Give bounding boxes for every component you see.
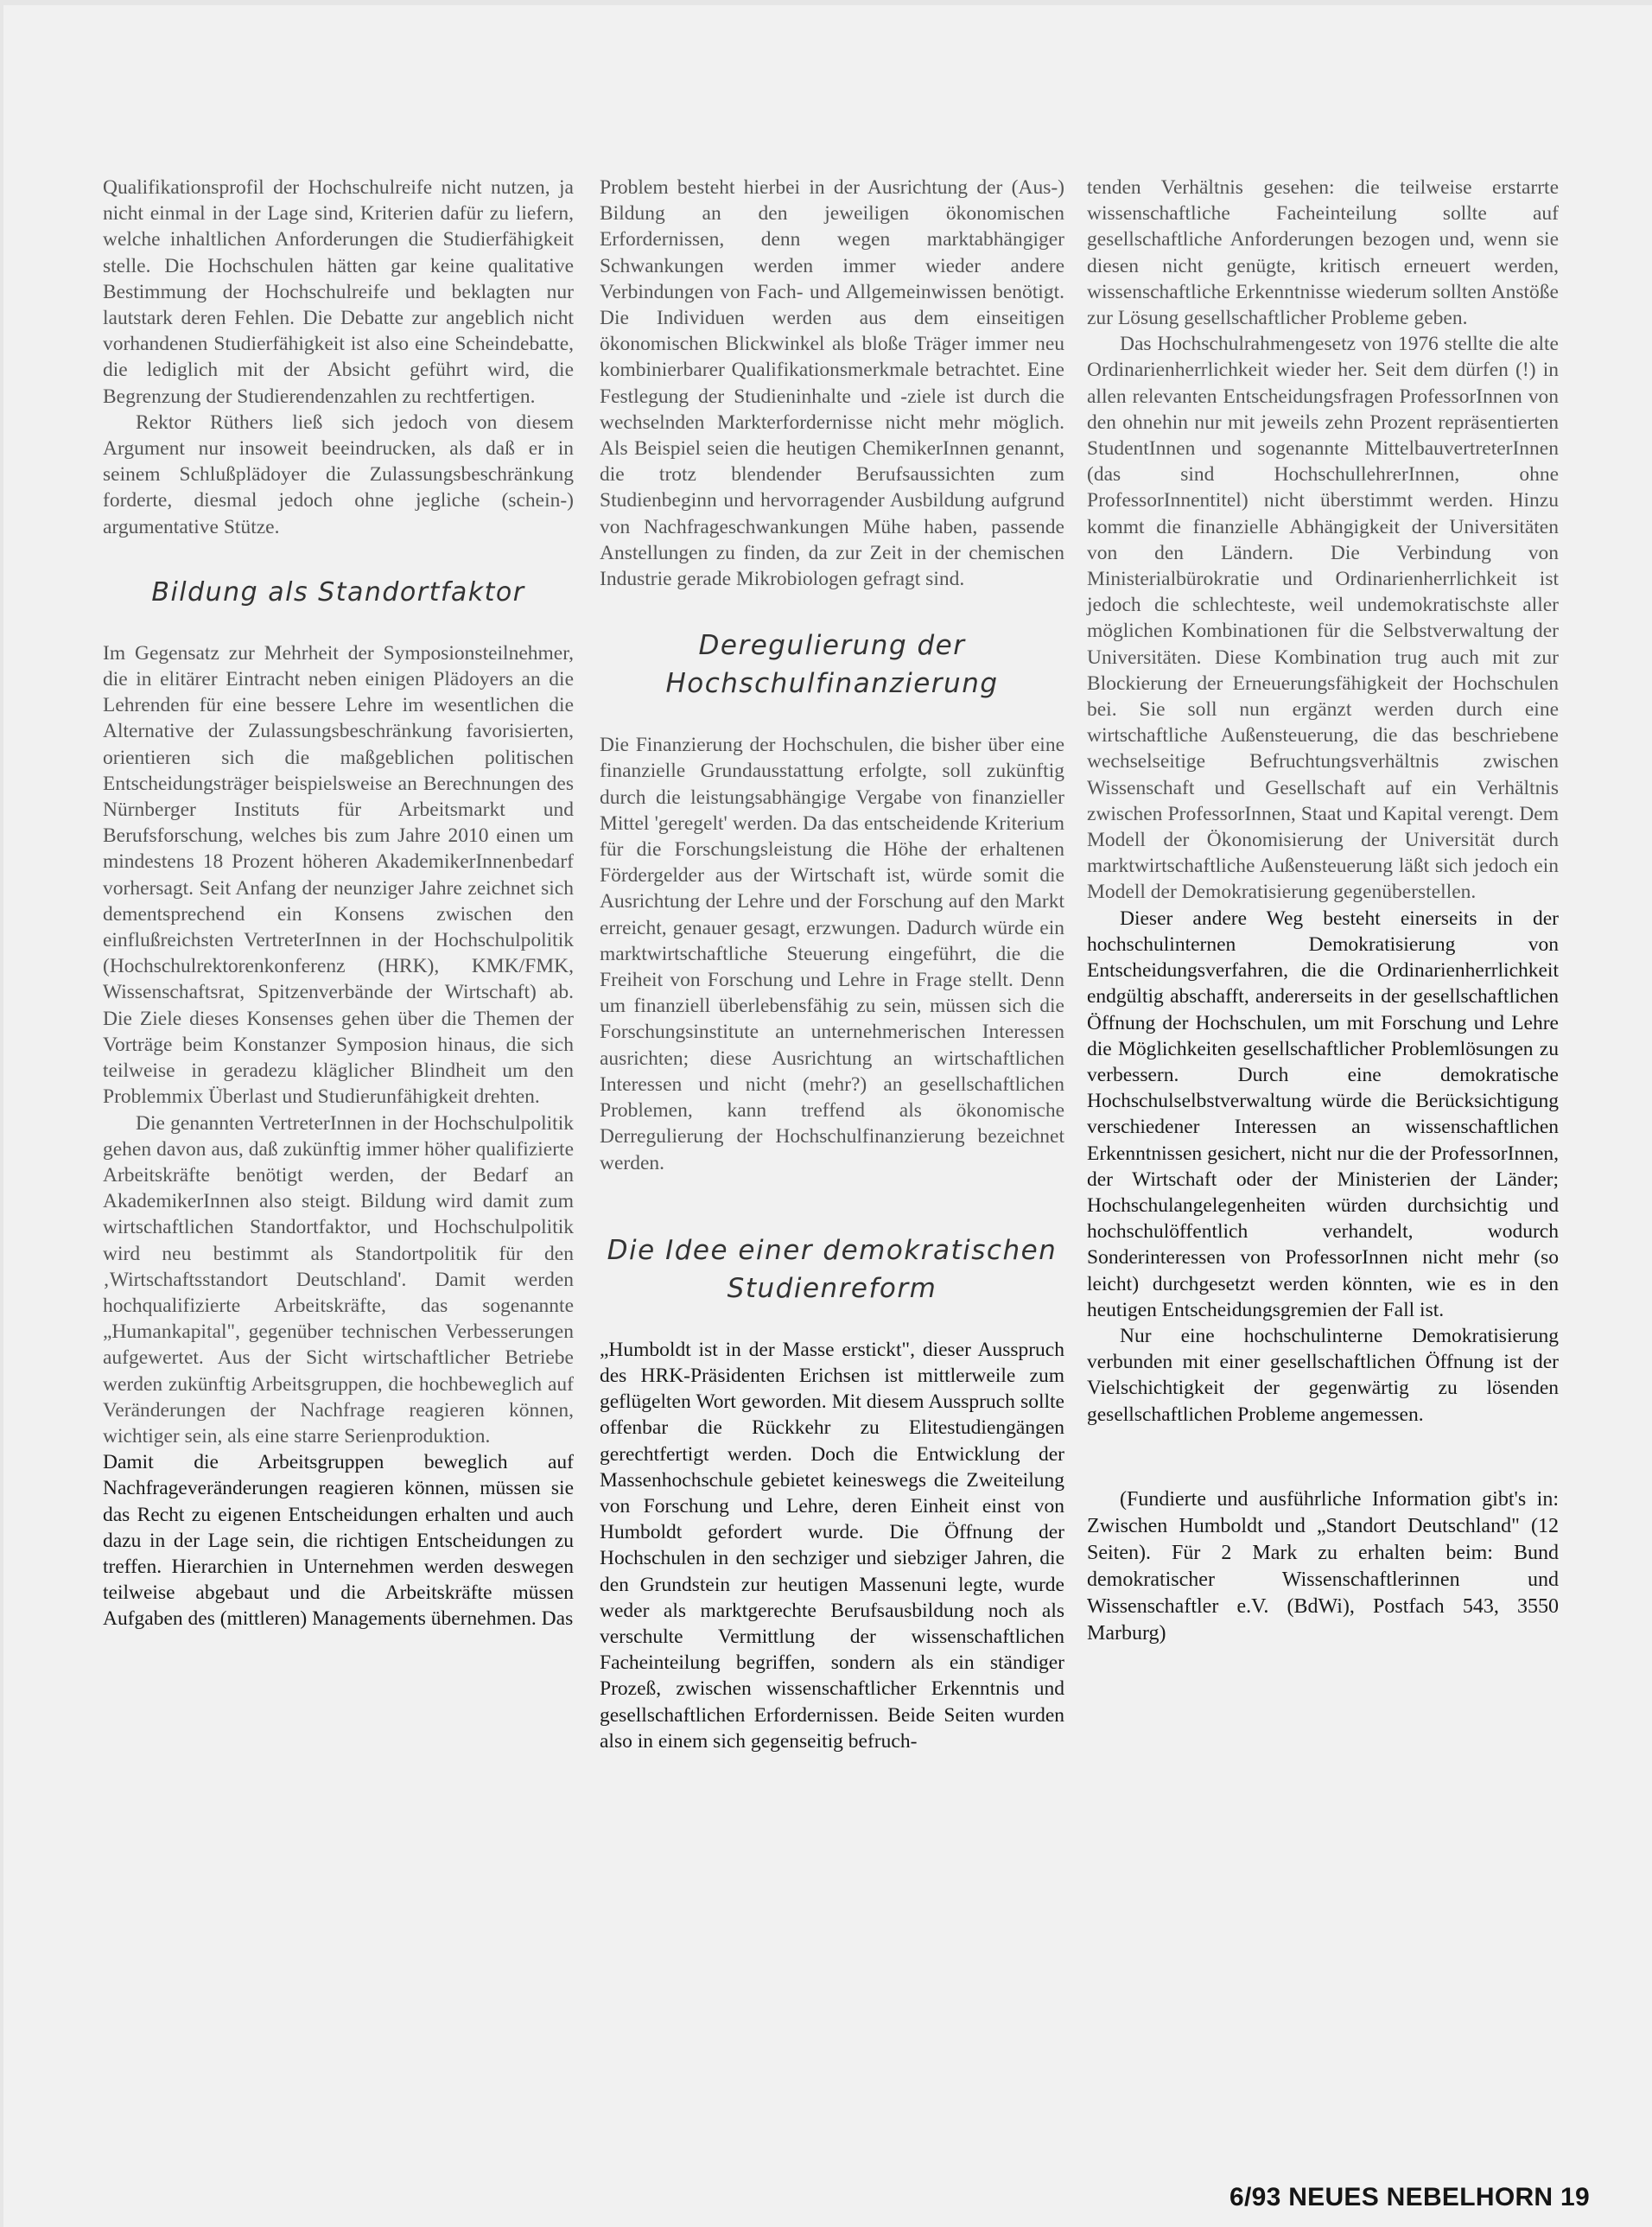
paragraph: Die Finanzierung der Hochschulen, die bi… bbox=[600, 732, 1064, 1175]
paragraph: Rektor Rüthers ließ sich jedoch von dies… bbox=[103, 410, 574, 540]
magazine-page: Qualifikationsprofil der Hochschulreife … bbox=[3, 5, 1652, 2227]
paragraph: Dieser andere Weg besteht einerseits in … bbox=[1087, 906, 1559, 1323]
heading-line: Deregulierung der bbox=[699, 630, 966, 661]
column-1: Qualifikationsprofil der Hochschulreife … bbox=[103, 175, 574, 1632]
section-heading-bildung-als-standortfaktor: Bildung als Standortfaktor bbox=[103, 575, 574, 611]
paragraph: Im Gegensatz zur Mehrheit der Symposions… bbox=[103, 640, 574, 1110]
section-heading-demokratische-studienreform: Die Idee einer demokratischen Studienref… bbox=[600, 1231, 1064, 1308]
paragraph: Damit die Arbeitsgruppen beweglich auf N… bbox=[103, 1449, 574, 1632]
paragraph: Die genannten VertreterInnen in der Hoch… bbox=[103, 1110, 574, 1450]
paragraph: Das Hochschulrahmengesetz von 1976 stell… bbox=[1087, 331, 1559, 905]
info-note: (Fundierte und ausführliche Information … bbox=[1087, 1486, 1559, 1647]
paragraph: Problem besteht hierbei in der Ausrichtu… bbox=[600, 175, 1064, 592]
section-heading-deregulierung: Deregulierung der Hochschulfinanzierung bbox=[600, 627, 1064, 703]
column-3: tenden Verhältnis gesehen: die teilweise… bbox=[1087, 175, 1559, 1647]
paragraph: tenden Verhältnis gesehen: die teilweise… bbox=[1087, 175, 1559, 331]
paragraph: „Humboldt ist in der Masse erstickt", di… bbox=[600, 1337, 1064, 1754]
heading-line: Studienreform bbox=[728, 1273, 937, 1304]
column-2: Problem besteht hierbei in der Ausrichtu… bbox=[600, 175, 1064, 1754]
paragraph: Nur eine hochschulinterne Demokratisieru… bbox=[1087, 1323, 1559, 1428]
heading-line: Die Idee einer demokratischen bbox=[607, 1235, 1058, 1266]
page-footer: 6/93 NEUES NEBELHORN 19 bbox=[1229, 2183, 1590, 2212]
paragraph: Qualifikationsprofil der Hochschulreife … bbox=[103, 175, 574, 410]
heading-line: Hochschulfinanzierung bbox=[665, 668, 998, 699]
